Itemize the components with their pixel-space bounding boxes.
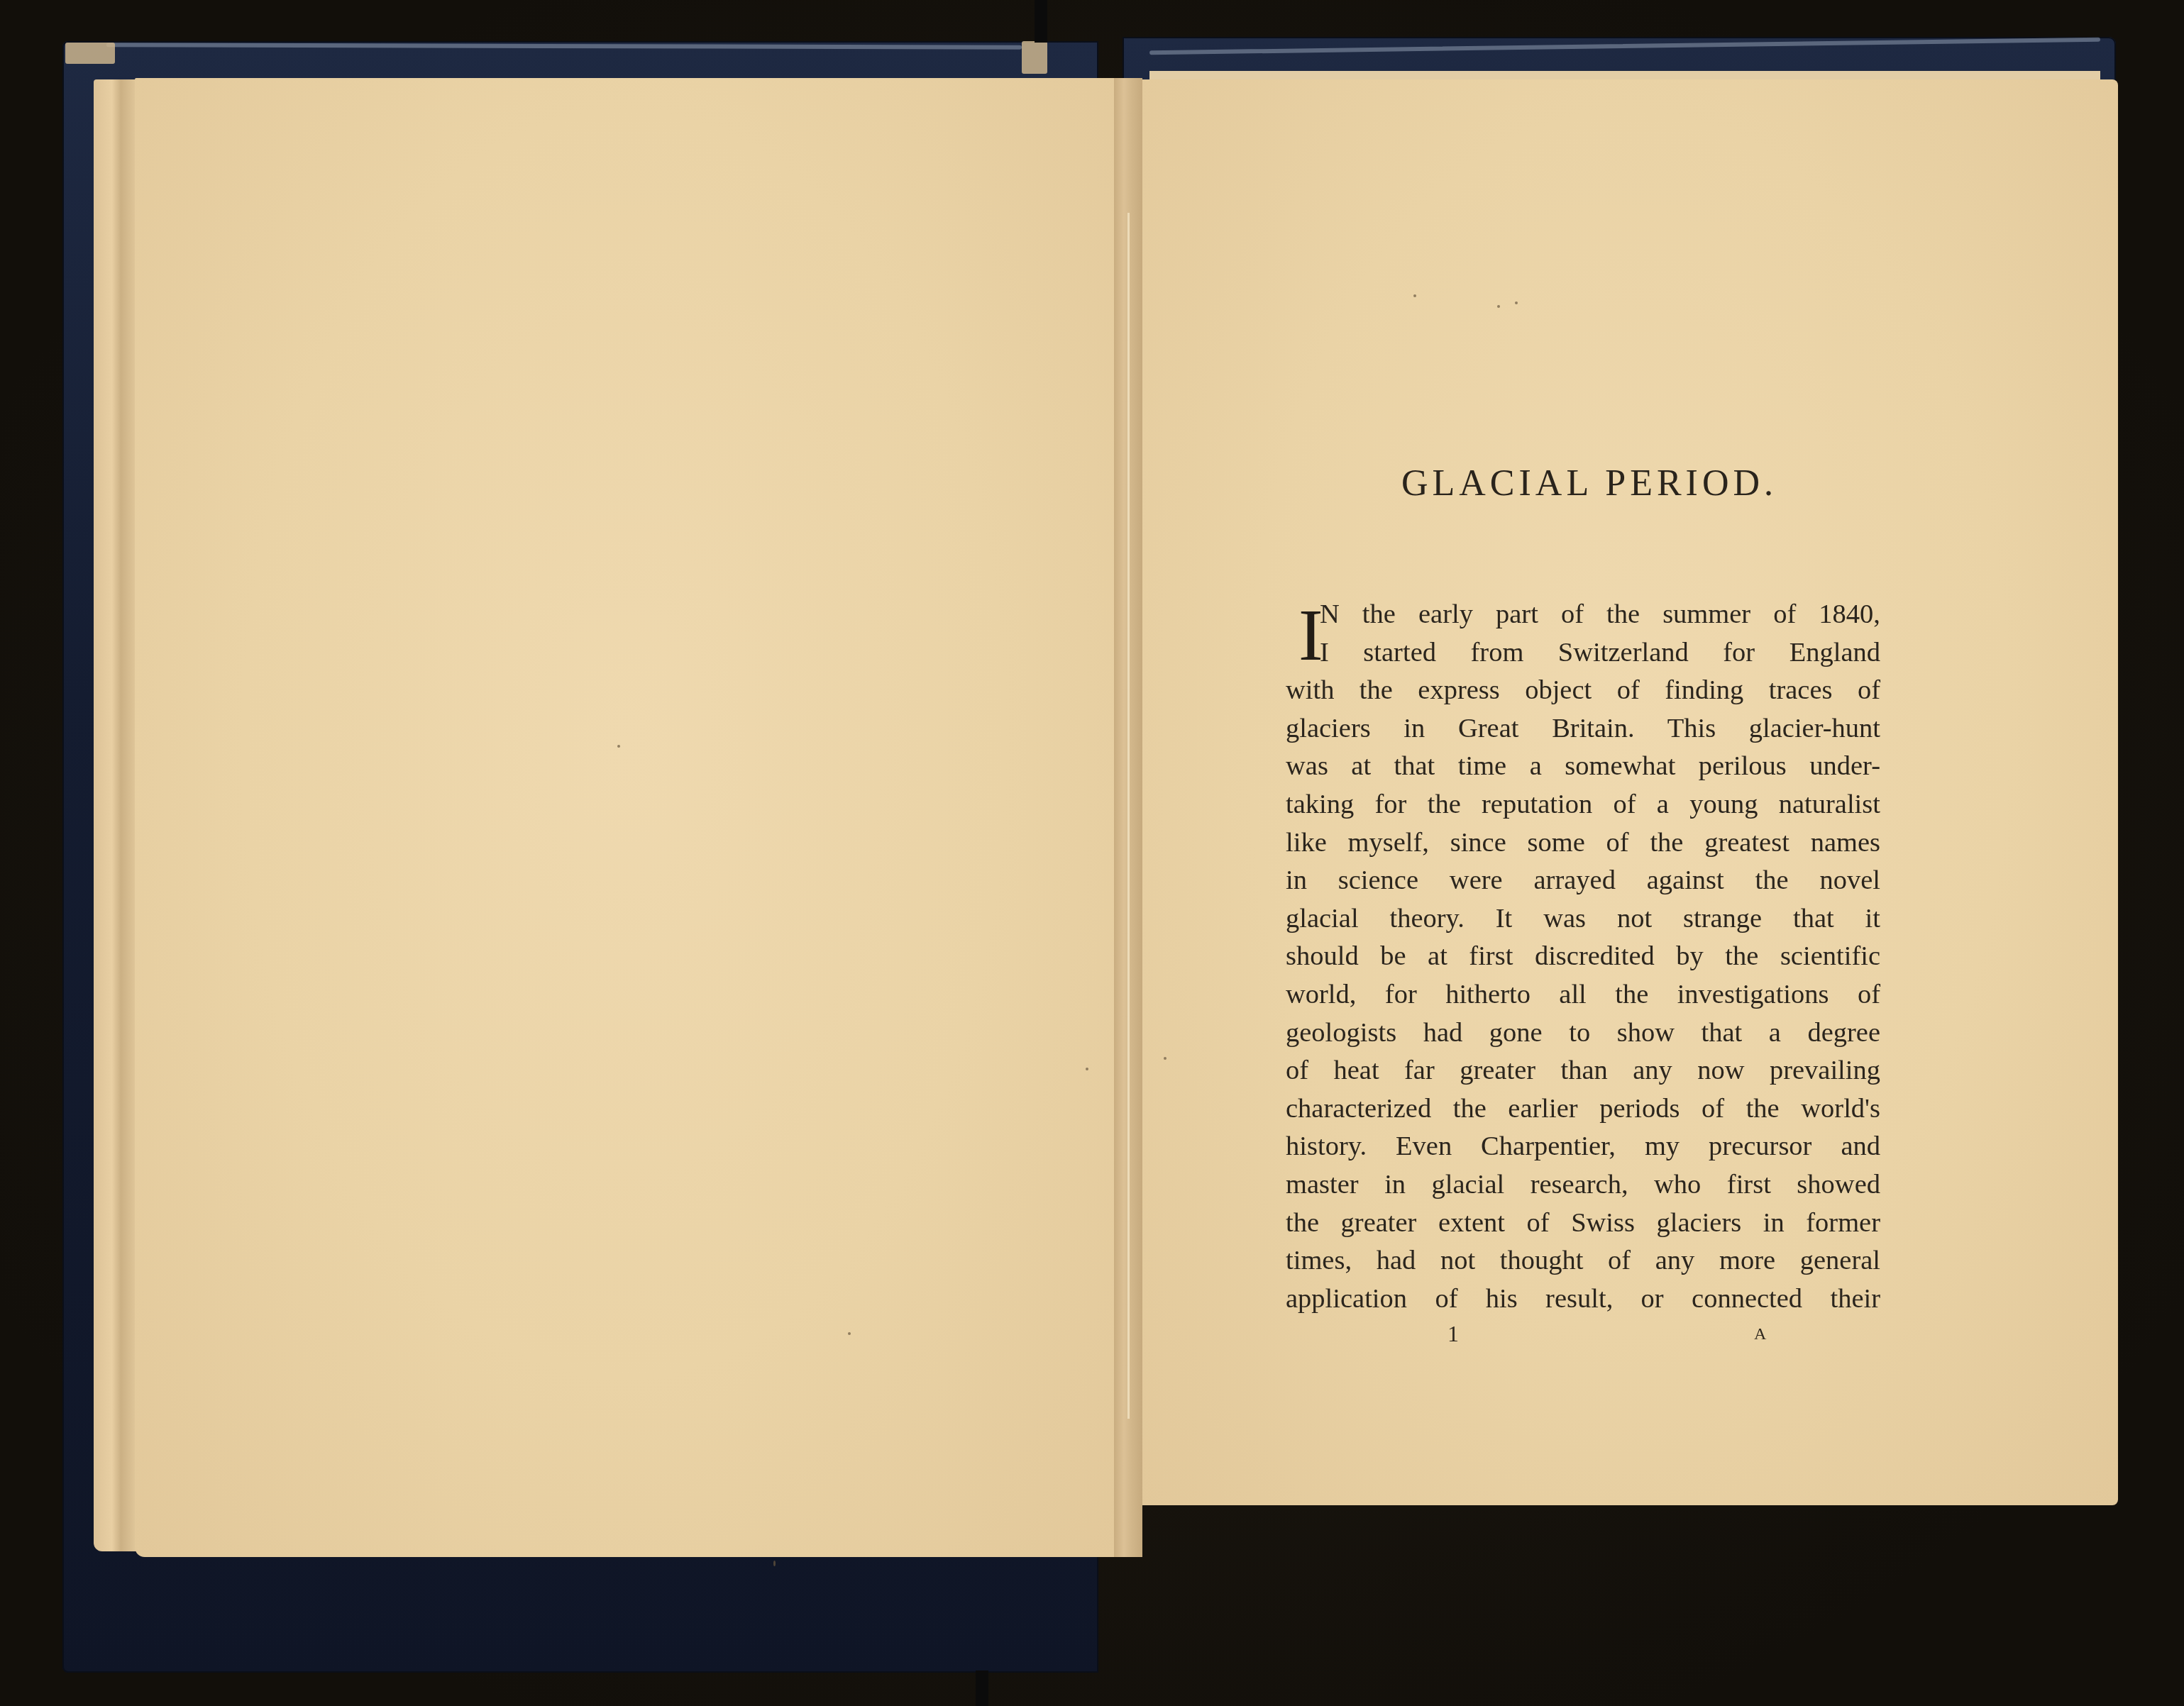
text-line: application of his result, or connected … [1286, 1280, 1880, 1319]
spine-strap [1035, 0, 1047, 43]
text-line: master in glacial research, who first sh… [1286, 1166, 1880, 1204]
paper-fleck [773, 1561, 776, 1566]
paper-fleck [1515, 301, 1518, 304]
paper-fleck [1497, 305, 1500, 308]
text-line: N the early part of the summer of 1840, [1286, 596, 1880, 634]
text-line: history. Even Charpentier, my precursor … [1286, 1128, 1880, 1166]
gutter-crease [1127, 213, 1130, 1419]
spine-strap [976, 1671, 988, 1706]
paper-fleck [617, 745, 620, 748]
text-line: characterized the earlier periods of the… [1286, 1090, 1880, 1129]
signature-mark: A [1754, 1325, 1766, 1344]
text-line: I started from Switzerland for England [1286, 634, 1880, 672]
text-line: taking for the reputation of a young nat… [1286, 786, 1880, 824]
left-page [135, 78, 1114, 1557]
paper-fleck [1164, 1057, 1167, 1060]
board-scuff [1022, 41, 1047, 74]
body-paragraph: I N the early part of the summer of 1840… [1286, 596, 1880, 1318]
drop-cap: I [1298, 599, 1323, 672]
left-page-stack-edge [94, 79, 139, 1551]
paper-fleck [1086, 1068, 1088, 1070]
text-line: geologists had gone to show that a degre… [1286, 1014, 1880, 1053]
text-line: glacial theory. It was not strange that … [1286, 900, 1880, 938]
text-line: should be at first discredited by the sc… [1286, 938, 1880, 976]
text-line: the greater extent of Swiss glaciers in … [1286, 1204, 1880, 1243]
board-scuff [65, 43, 115, 64]
text-line: of heat far greater than any now prevail… [1286, 1052, 1880, 1090]
paper-fleck [1413, 294, 1416, 297]
text-line: with the express object of finding trace… [1286, 672, 1880, 710]
text-line: world, for hitherto all the investigatio… [1286, 976, 1880, 1014]
chapter-title: GLACIAL PERIOD. [1298, 462, 1880, 504]
paper-fleck [848, 1332, 851, 1335]
text-line: times, had not thought of any more gener… [1286, 1242, 1880, 1280]
text-line: glaciers in Great Britain. This glacier-… [1286, 710, 1880, 748]
text-line: was at that time a somewhat perilous und… [1286, 748, 1880, 786]
page-number: 1 [1447, 1321, 1459, 1347]
text-line: in science were arrayed against the nove… [1286, 862, 1880, 900]
text-line: like myself, since some of the greatest … [1286, 824, 1880, 863]
